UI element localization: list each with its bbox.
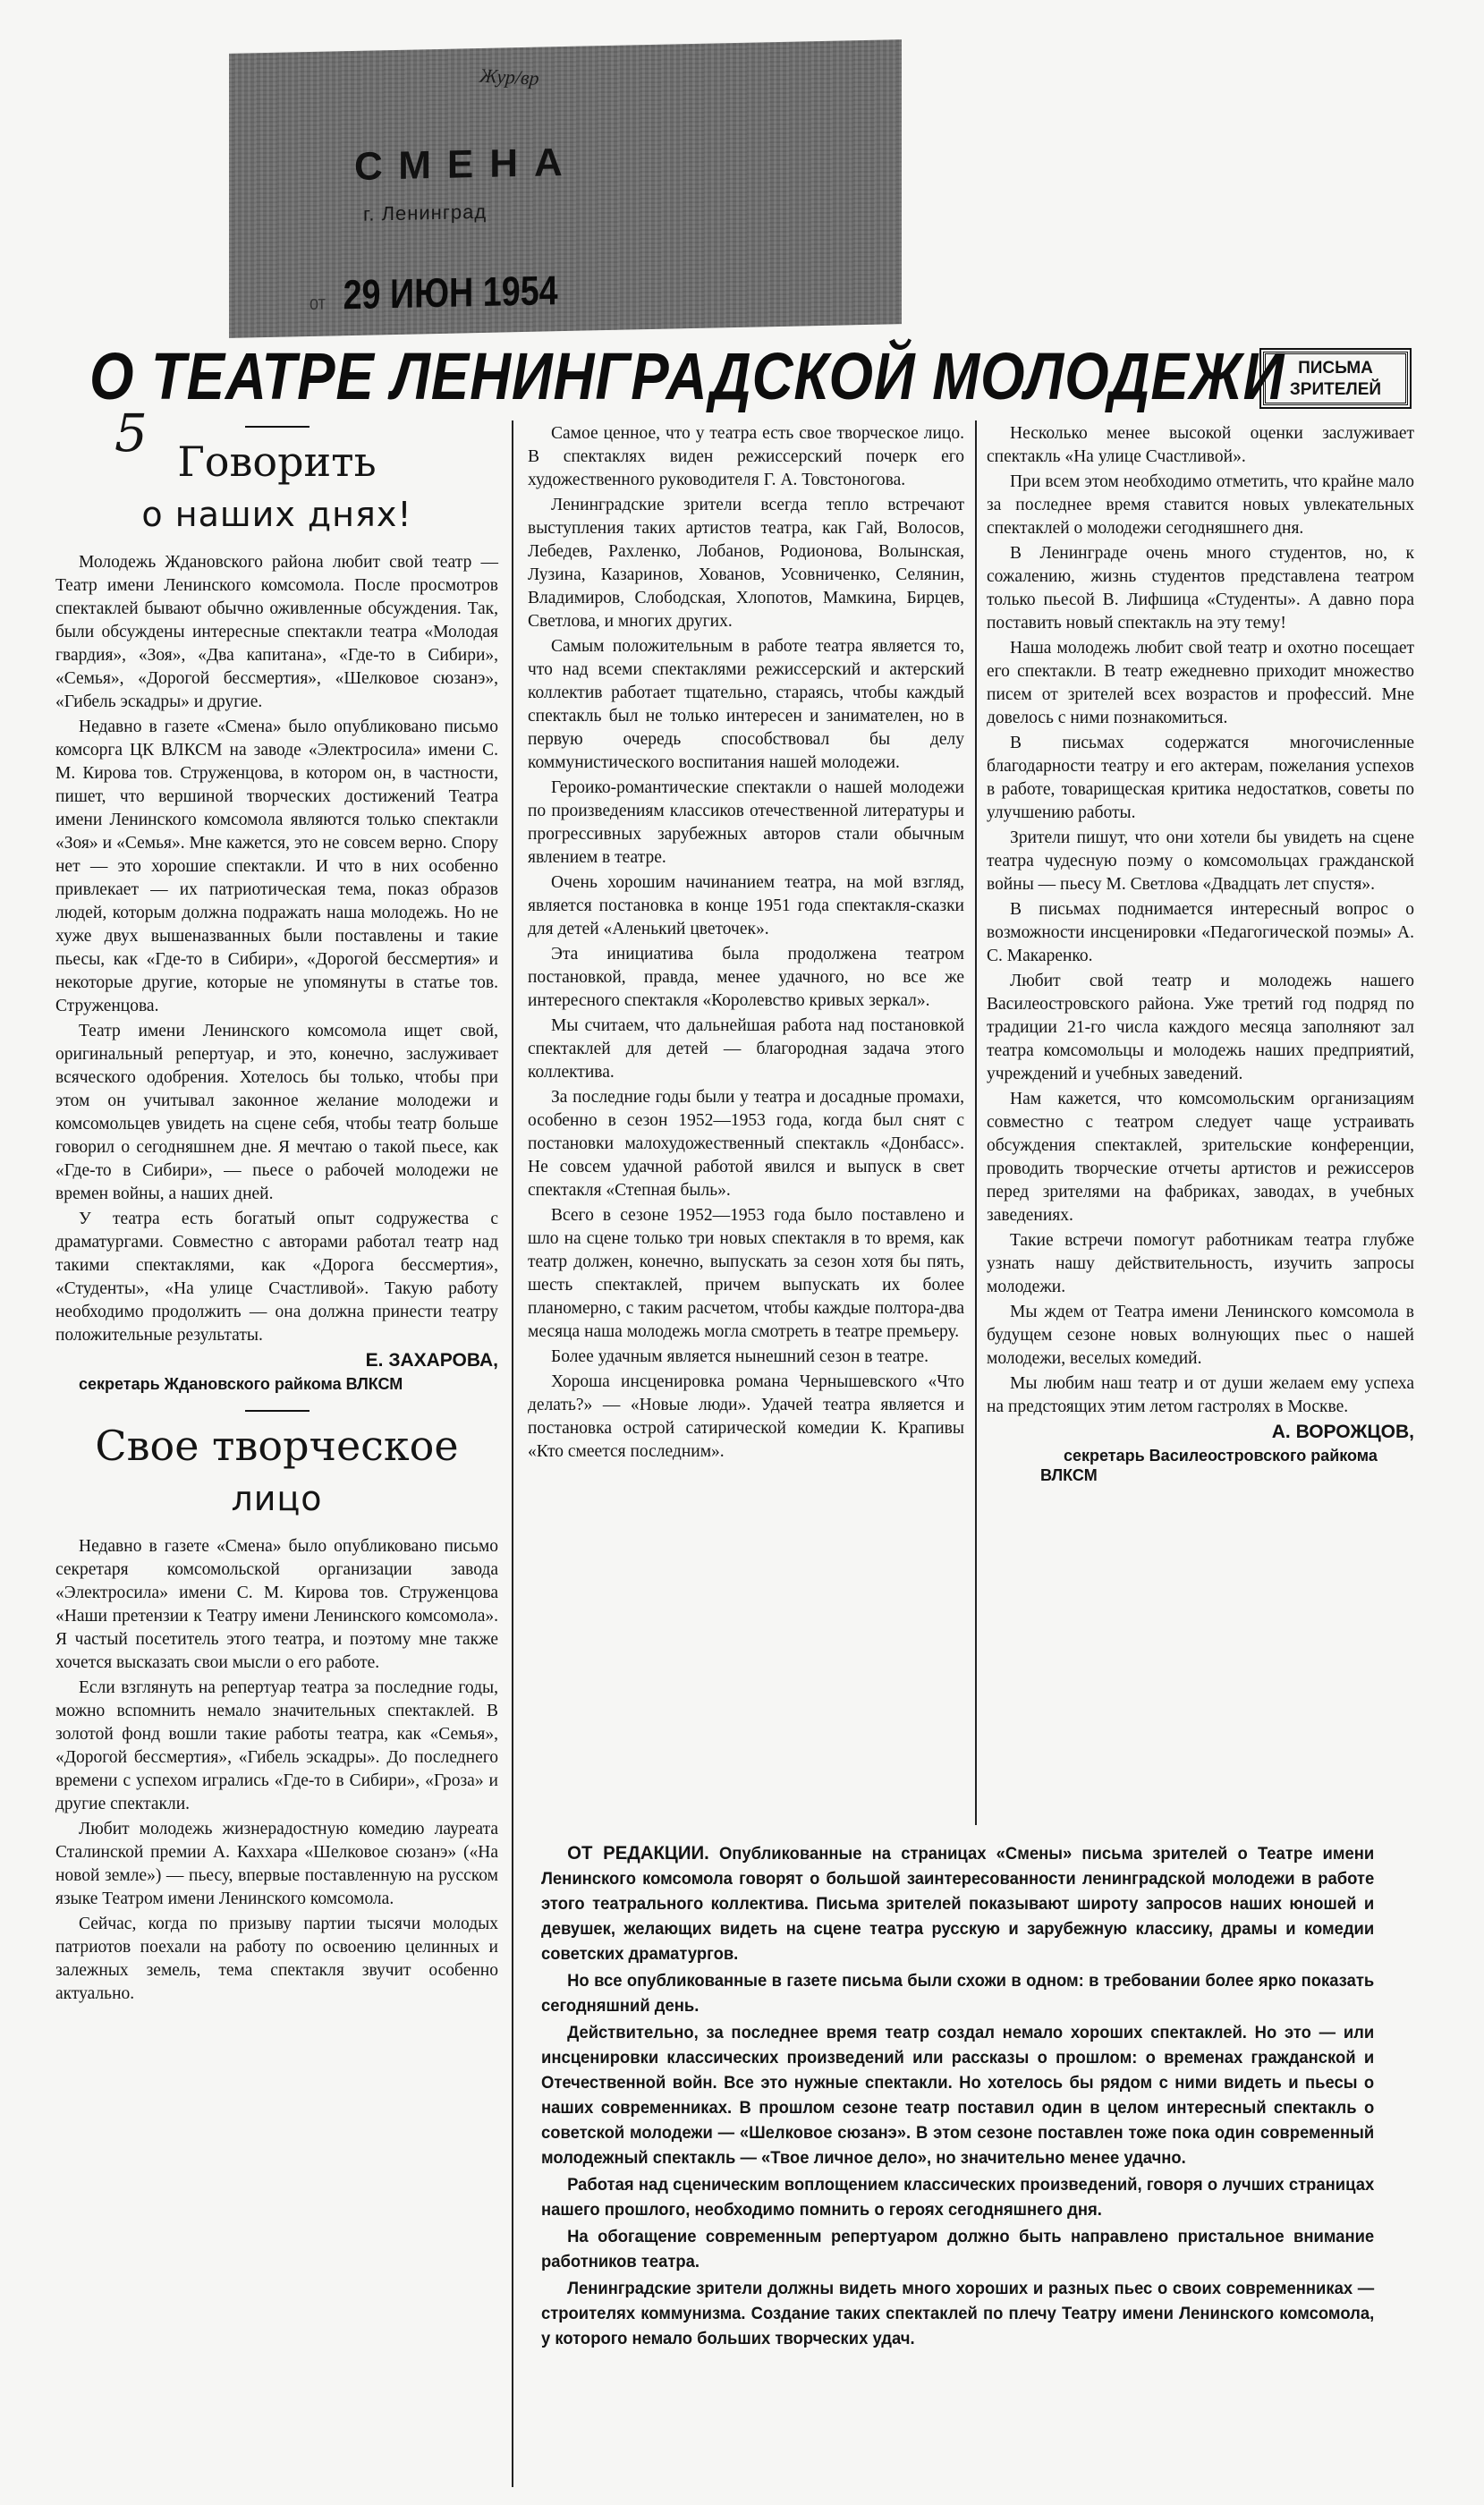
paragraph: Самым положительным в работе театра явля…: [528, 635, 964, 775]
date-prefix: от: [310, 292, 326, 314]
editorial-paragraph: ОТ РЕДАКЦИИ. Опубликованные на страницах…: [541, 1841, 1374, 1967]
paragraph: Хороша инсценировка романа Чернышевского…: [528, 1371, 964, 1464]
paragraph: Героико-романтические спектакли о нашей …: [528, 777, 964, 870]
editorial-paragraph: Ленинградские зрители должны видеть мног…: [541, 2277, 1374, 2352]
letter2-subtitle: лицо: [55, 1474, 498, 1523]
paragraph: В письмах содержатся многочисленные благ…: [987, 732, 1414, 825]
letter1-author: Е. ЗАХАРОВА,: [55, 1349, 498, 1372]
issue-date: от29 ИЮН 1954: [310, 266, 558, 319]
letter1-subtitle: о наших днях!: [55, 490, 498, 539]
paragraph: Мы считаем, что дальнейшая работа над по…: [528, 1015, 964, 1084]
letter2-title: Свое творческое: [55, 1421, 498, 1471]
handwritten-note: Жур/вр: [479, 64, 539, 90]
letter2-author-role: секретарь Василеостровского райкома ВЛКС…: [1040, 1446, 1414, 1485]
paragraph: Нам кажется, что комсомольским организац…: [987, 1088, 1414, 1227]
column-3: Несколько менее высокой оценки заслужива…: [987, 422, 1414, 1487]
paragraph: Очень хорошим начинанием театра, на мой …: [528, 871, 964, 941]
paragraph: Театр имени Ленинского комсомола ищет св…: [55, 1020, 498, 1206]
archive-stamp: Жур/вр СМЕНА г. Ленинград от29 ИЮН 1954: [229, 39, 902, 338]
newspaper-city: г. Ленинград: [363, 200, 487, 226]
editorial-paragraph: Работая над сценическим воплощением клас…: [541, 2173, 1374, 2223]
editorial-paragraph: На обогащение современным репертуаром до…: [541, 2225, 1374, 2275]
paragraph: Любит свой театр и молодежь нашего Васил…: [987, 970, 1414, 1086]
rubric-line-1: ПИСЬМА: [1266, 358, 1405, 379]
separator: [245, 1410, 310, 1412]
column-2: Самое ценное, что у театра есть свое тво…: [528, 422, 964, 1465]
paragraph: Недавно в газете «Смена» было опубликова…: [55, 1535, 498, 1675]
date-value: 29 ИЮН 1954: [343, 267, 558, 318]
editorial-note: ОТ РЕДАКЦИИ. Опубликованные на страницах…: [541, 1841, 1374, 2354]
rubric-box: ПИСЬМА ЗРИТЕЛЕЙ: [1263, 352, 1408, 405]
newspaper-name: СМЕНА: [354, 140, 579, 190]
paragraph: В письмах поднимается интересный вопрос …: [987, 898, 1414, 968]
column-divider-1: [512, 420, 513, 2487]
separator: [245, 426, 310, 428]
paragraph: Эта инициатива была продолжена театром п…: [528, 943, 964, 1013]
paragraph: В Ленинграде очень много студентов, но, …: [987, 542, 1414, 635]
paragraph: Любит молодежь жизнерадостную комедию ла…: [55, 1818, 498, 1911]
rubric-line-2: ЗРИТЕЛЕЙ: [1266, 379, 1405, 401]
page-headline: О ТЕАТРЕ ЛЕНИНГРАДСКОЙ МОЛОДЕЖИ: [89, 338, 1285, 414]
paragraph: Ленинградские зрители всегда тепло встре…: [528, 494, 964, 633]
paragraph: У театра есть богатый опыт содружества с…: [55, 1208, 498, 1347]
editorial-lead: ОТ РЕДАКЦИИ.: [567, 1843, 709, 1864]
paragraph: Зрители пишут, что они хотели бы увидеть…: [987, 827, 1414, 896]
editorial-paragraph: Но все опубликованные в газете письма бы…: [541, 1969, 1374, 2019]
paragraph: За последние годы были у театра и досадн…: [528, 1086, 964, 1202]
column-divider-2: [975, 420, 977, 1825]
paragraph: Молодежь Ждановского района любит свой т…: [55, 551, 498, 714]
column-1: Говорить о наших днях! Молодежь Ждановск…: [55, 419, 498, 2008]
paragraph: Более удачным является нынешний сезон в …: [528, 1346, 964, 1369]
letter2-author: А. ВОРОЖЦОВ,: [987, 1421, 1414, 1444]
paragraph: Такие встречи помогут работникам театра …: [987, 1229, 1414, 1299]
paragraph: Недавно в газете «Смена» было опубликова…: [55, 716, 498, 1018]
paragraph: Сейчас, когда по призыву партии тысячи м…: [55, 1913, 498, 2006]
paragraph: Наша молодежь любит свой театр и охотно …: [987, 637, 1414, 730]
letter1-author-role: секретарь Ждановского райкома ВЛКСМ: [55, 1374, 498, 1394]
paragraph: Если взглянуть на репертуар театра за по…: [55, 1677, 498, 1816]
paragraph: Самое ценное, что у театра есть свое тво…: [528, 422, 964, 492]
paragraph: Мы ждем от Театра имени Ленинского комсо…: [987, 1301, 1414, 1371]
paragraph: Всего в сезоне 1952—1953 года было поста…: [528, 1204, 964, 1344]
editorial-paragraph: Действительно, за последнее время театр …: [541, 2021, 1374, 2171]
letter1-title: Говорить: [55, 437, 498, 487]
paragraph: Несколько менее высокой оценки заслужива…: [987, 422, 1414, 469]
paragraph: Мы любим наш театр и от души желаем ему …: [987, 1372, 1414, 1419]
paragraph: При всем этом необходимо отметить, что к…: [987, 471, 1414, 540]
